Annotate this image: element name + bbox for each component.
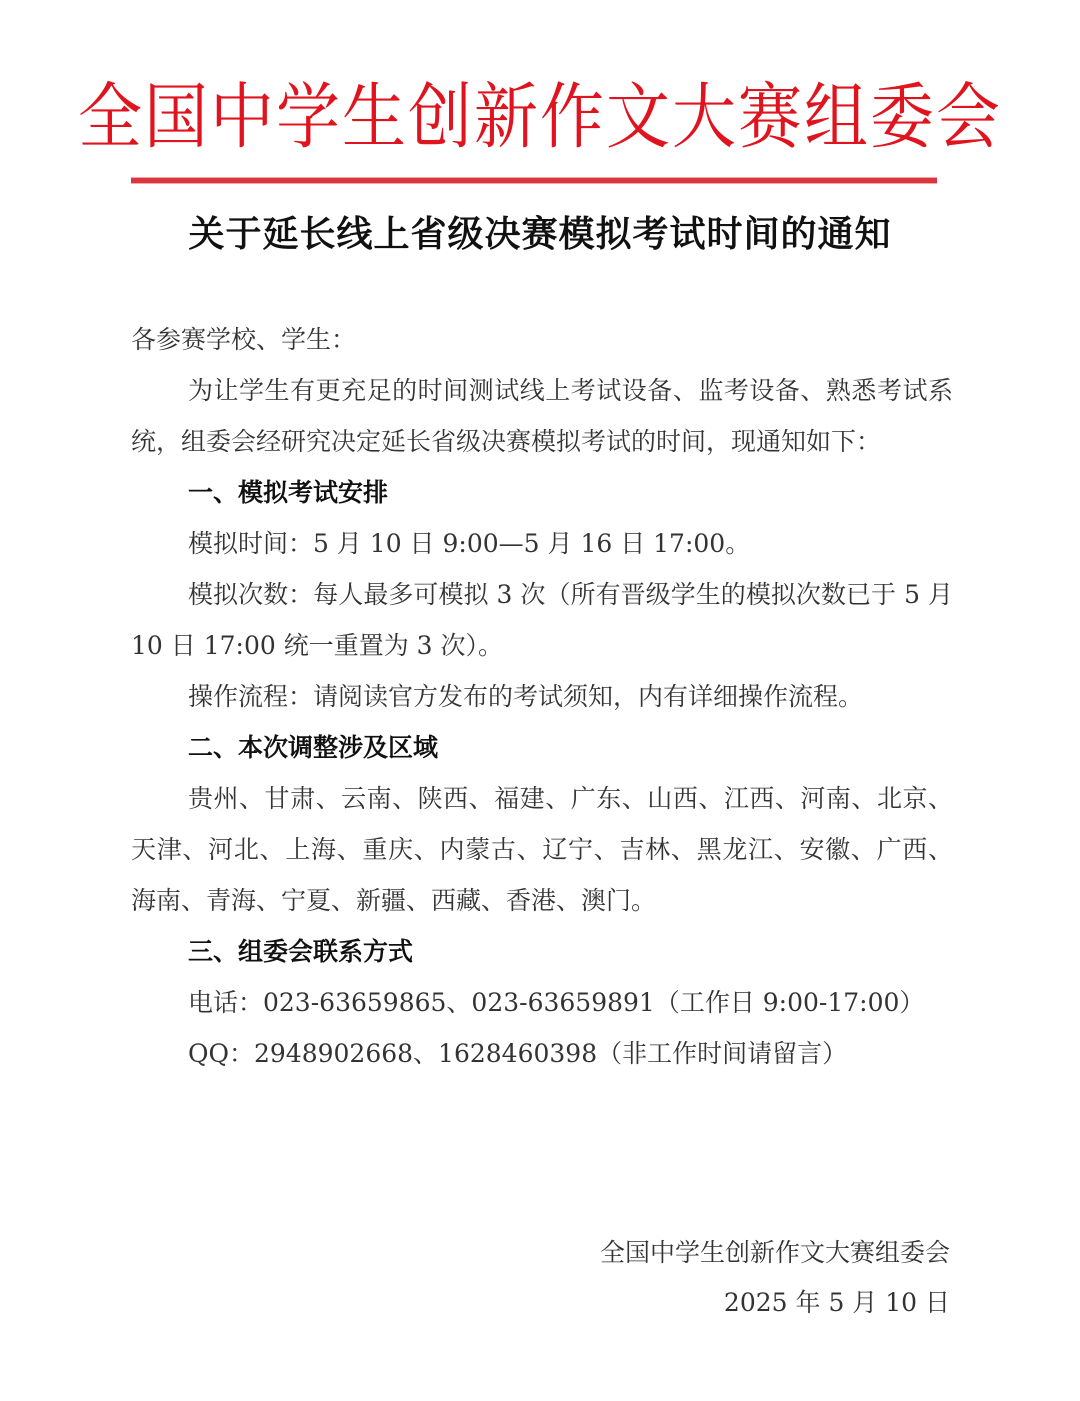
masthead-divider [131, 177, 937, 184]
masthead-organization: 全国中学生创新作文大赛组委会 [0, 73, 1080, 163]
section-paragraph: 电话：023-63659865、023-63659891（工作日 9:00-17… [131, 977, 953, 1028]
section-heading: 一、模拟考试安排 [131, 467, 953, 518]
signature-date: 2025 年 5 月 10 日 [600, 1278, 950, 1328]
document-title: 关于延长线上省级决赛模拟考试时间的通知 [0, 206, 1080, 262]
section-paragraph: 贵州、甘肃、云南、陕西、福建、广东、山西、江西、河南、北京、天津、河北、上海、重… [131, 773, 953, 926]
section-paragraph: 模拟时间：5 月 10 日 9:00—5 月 16 日 17:00。 [131, 518, 953, 569]
document-body: 各参赛学校、学生： 为让学生有更充足的时间测试线上考试设备、监考设备、熟悉考试系… [131, 314, 953, 1079]
section-paragraph: 操作流程：请阅读官方发布的考试须知，内有详细操作流程。 [131, 671, 953, 722]
signature-organization: 全国中学生创新作文大赛组委会 [600, 1228, 950, 1278]
section-heading: 三、组委会联系方式 [131, 926, 953, 977]
section-heading: 二、本次调整涉及区域 [131, 722, 953, 773]
intro-paragraph: 为让学生有更充足的时间测试线上考试设备、监考设备、熟悉考试系统，组委会经研究决定… [131, 365, 953, 467]
section-paragraph: 模拟次数：每人最多可模拟 3 次（所有晋级学生的模拟次数已于 5 月 10 日 … [131, 569, 953, 671]
salutation: 各参赛学校、学生： [131, 314, 953, 365]
signature-block: 全国中学生创新作文大赛组委会 2025 年 5 月 10 日 [600, 1228, 950, 1328]
section-paragraph: QQ：2948902668、1628460398（非工作时间请留言） [131, 1028, 953, 1079]
